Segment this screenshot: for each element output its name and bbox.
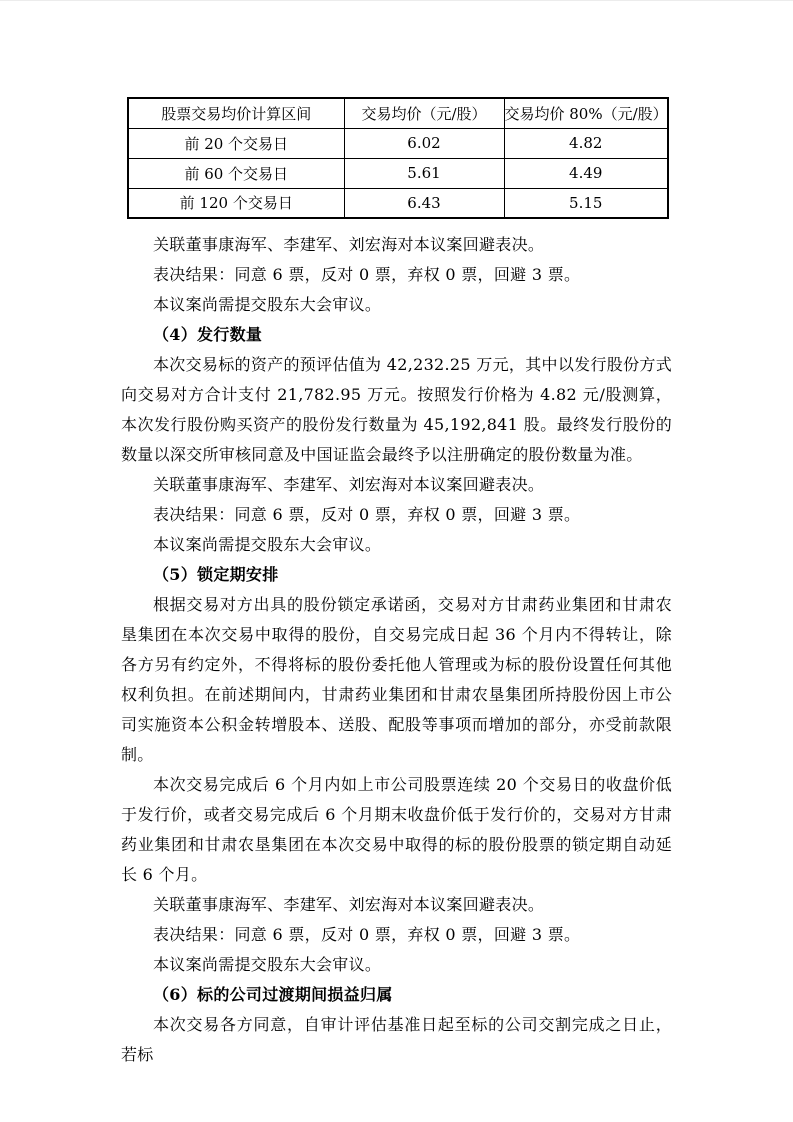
paragraph: 表决结果：同意 6 票，反对 0 票，弃权 0 票，回避 3 票。 (121, 500, 672, 530)
paragraph: 本次交易各方同意，自审计评估基准日起至标的公司交割完成之日止，若标 (121, 1010, 672, 1070)
document-page: 股票交易均价计算区间 交易均价（元/股） 交易均价 80%（元/股） 前 20 … (0, 0, 793, 1122)
section-heading: （4）发行数量 (121, 320, 672, 350)
average-price-table: 股票交易均价计算区间 交易均价（元/股） 交易均价 80%（元/股） 前 20 … (127, 97, 669, 219)
paragraph: 关联董事康海军、李建军、刘宏海对本议案回避表决。 (121, 890, 672, 920)
paragraph: 本议案尚需提交股东大会审议。 (121, 530, 672, 560)
paragraph: 关联董事康海军、李建军、刘宏海对本议案回避表决。 (121, 230, 672, 260)
table-cell: 6.43 (344, 188, 504, 218)
table-row: 前 20 个交易日 6.02 4.82 (128, 128, 668, 158)
table-cell: 前 120 个交易日 (128, 188, 344, 218)
paragraph: 关联董事康海军、李建军、刘宏海对本议案回避表决。 (121, 470, 672, 500)
table-cell: 4.49 (504, 158, 668, 188)
table-cell: 前 20 个交易日 (128, 128, 344, 158)
table-cell: 前 60 个交易日 (128, 158, 344, 188)
table-cell: 5.15 (504, 188, 668, 218)
paragraph: 表决结果：同意 6 票，反对 0 票，弃权 0 票，回避 3 票。 (121, 260, 672, 290)
body-text: 关联董事康海军、李建军、刘宏海对本议案回避表决。 表决结果：同意 6 票，反对 … (121, 230, 672, 1070)
table-header-row: 股票交易均价计算区间 交易均价（元/股） 交易均价 80%（元/股） (128, 98, 668, 128)
section-heading: （6）标的公司过渡期间损益归属 (121, 980, 672, 1010)
paragraph: 根据交易对方出具的股份锁定承诺函，交易对方甘肃药业集团和甘肃农垦集团在本次交易中… (121, 590, 672, 770)
page-content: 股票交易均价计算区间 交易均价（元/股） 交易均价 80%（元/股） 前 20 … (121, 97, 672, 1070)
paragraph: 表决结果：同意 6 票，反对 0 票，弃权 0 票，回避 3 票。 (121, 920, 672, 950)
table-header-cell: 交易均价（元/股） (344, 98, 504, 128)
paragraph: 本议案尚需提交股东大会审议。 (121, 950, 672, 980)
table-cell: 4.82 (504, 128, 668, 158)
paragraph: 本议案尚需提交股东大会审议。 (121, 290, 672, 320)
section-heading: （5）锁定期安排 (121, 560, 672, 590)
table-header-cell: 交易均价 80%（元/股） (504, 98, 668, 128)
table-row: 前 60 个交易日 5.61 4.49 (128, 158, 668, 188)
table-cell: 6.02 (344, 128, 504, 158)
paragraph: 本次交易完成后 6 个月内如上市公司股票连续 20 个交易日的收盘价低于发行价，… (121, 770, 672, 890)
table-row: 前 120 个交易日 6.43 5.15 (128, 188, 668, 218)
table-header-cell: 股票交易均价计算区间 (128, 98, 344, 128)
paragraph: 本次交易标的资产的预评估值为 42,232.25 万元，其中以发行股份方式向交易… (121, 350, 672, 470)
table-cell: 5.61 (344, 158, 504, 188)
